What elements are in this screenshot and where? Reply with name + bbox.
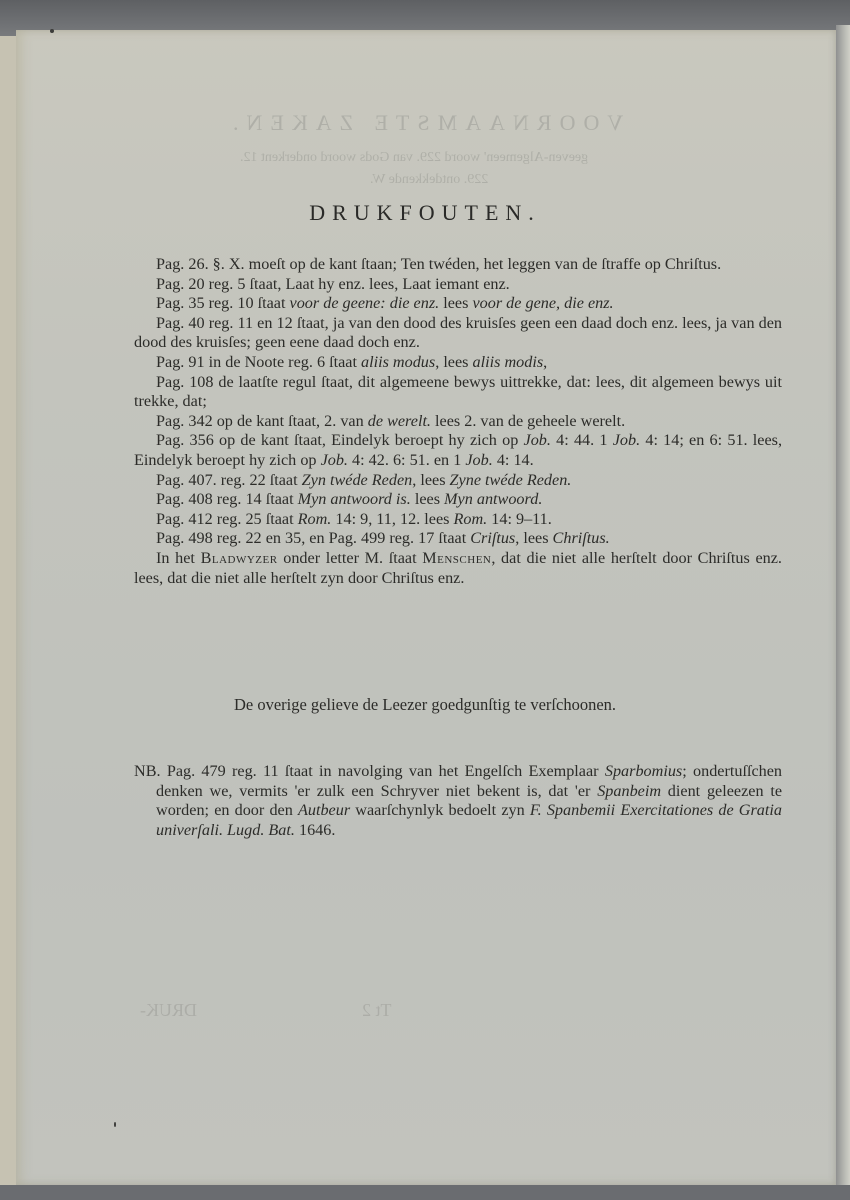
- text-run: , lees: [515, 529, 552, 547]
- scan-background-bottom: [0, 1185, 850, 1200]
- nota-bene-note: NB. Pag. 479 reg. 11 ſtaat in navolging …: [134, 762, 782, 840]
- text-run: lees 2. van de geheele werelt.: [431, 412, 625, 430]
- text-run: 14: 9–11.: [487, 510, 552, 528]
- text-run: Pag. 408 reg. 14 ſtaat: [156, 490, 298, 508]
- page-stack-edge: [836, 25, 850, 1185]
- text-run: Pag. 35 reg. 10 ſtaat: [156, 294, 290, 312]
- italic-text: Zyn twéde Reden: [302, 471, 413, 489]
- italic-text: aliis modis: [473, 353, 544, 371]
- italic-text: Criſtus: [470, 529, 515, 547]
- text-run: 4: 42. 6: 51. en 1: [348, 451, 465, 469]
- text-run: 14: 9, 11, 12. lees: [331, 510, 453, 528]
- italic-text: Rom.: [298, 510, 332, 528]
- erratum-entry: Pag. 40 reg. 11 en 12 ſtaat, ja van den …: [134, 314, 782, 353]
- italic-text: Rom.: [453, 510, 487, 528]
- bleed-through-line: geeven-Algemeen' woord 229. van Gods woo…: [240, 150, 588, 166]
- erratum-entry: In het Bladwyzer onder letter M. ſtaat M…: [134, 549, 782, 588]
- text-run: Pag. 412 reg. 25 ſtaat: [156, 510, 298, 528]
- text-run: waarſchynlyk bedoelt zyn: [350, 801, 530, 819]
- text-run: Pag. 342 op de kant ſtaat, 2. van: [156, 412, 368, 430]
- bleed-through-title: VOORNAAMSTE ZAKEN.: [225, 110, 623, 136]
- erratum-entry: Pag. 356 op de kant ſtaat, Eindelyk bero…: [134, 431, 782, 470]
- bleed-through-catchword: DRUK-: [140, 1000, 197, 1021]
- erratum-entry: Pag. 20 reg. 5 ſtaat, Laat hy enz. lees,…: [134, 275, 782, 295]
- closing-note: De overige gelieve de Leezer goedgunſtig…: [0, 695, 850, 715]
- erratum-entry: Pag. 408 reg. 14 ſtaat Myn antwoord is. …: [134, 490, 782, 510]
- erratum-entry: Pag. 91 in de Noote reg. 6 ſtaat aliis m…: [134, 353, 782, 373]
- text-run: Pag. 20 reg. 5 ſtaat, Laat hy enz. lees,…: [156, 275, 510, 293]
- text-run: Pag. 26. §. X. moeſt op de kant ſtaan; T…: [156, 255, 721, 273]
- page-title: DRUKFOUTEN.: [0, 200, 850, 226]
- text-run: Pag. 91 in de Noote reg. 6 ſtaat: [156, 353, 361, 371]
- italic-text: Chriſtus.: [553, 529, 610, 547]
- paper-speck: [50, 29, 54, 33]
- text-run: lees: [439, 294, 472, 312]
- italic-text: Myn antwoord is.: [298, 490, 411, 508]
- bleed-through-line: 229. ontdekkende W.: [370, 172, 488, 188]
- text-run: 1646.: [295, 821, 335, 839]
- text-run: In het: [156, 549, 201, 567]
- italic-text: voor de geene: die enz.: [290, 294, 440, 312]
- italic-text: Job.: [321, 451, 348, 469]
- italic-text: Spanbeim: [597, 782, 661, 800]
- text-run: Pag. 498 reg. 22 en 35, en Pag. 499 reg.…: [156, 529, 470, 547]
- text-run: , lees: [412, 471, 449, 489]
- erratum-entry: Pag. 26. §. X. moeſt op de kant ſtaan; T…: [134, 255, 782, 275]
- text-run: Pag. 108 de laatſte regul ſtaat, dit alg…: [134, 373, 782, 411]
- erratum-entry: Pag. 412 reg. 25 ſtaat Rom. 14: 9, 11, 1…: [134, 510, 782, 530]
- small-caps-text: Menschen: [422, 549, 491, 567]
- text-run: NB. Pag. 479 reg. 11 ſtaat in navolging …: [134, 762, 605, 780]
- italic-text: Sparbomius: [605, 762, 682, 780]
- italic-text: Job.: [524, 431, 551, 449]
- italic-text: de werelt.: [368, 412, 431, 430]
- italic-text: Job.: [465, 451, 492, 469]
- text-run: onder letter M. ſtaat: [278, 549, 423, 567]
- text-run: lees: [411, 490, 444, 508]
- erratum-entry: Pag. 108 de laatſte regul ſtaat, dit alg…: [134, 373, 782, 412]
- erratum-entry: Pag. 35 reg. 10 ſtaat voor de geene: die…: [134, 294, 782, 314]
- italic-text: Zyne twéde Reden.: [450, 471, 572, 489]
- text-run: Pag. 356 op de kant ſtaat, Eindelyk bero…: [156, 431, 524, 449]
- text-run: Pag. 407. reg. 22 ſtaat: [156, 471, 302, 489]
- italic-text: aliis modus: [361, 353, 435, 371]
- text-run: 4: 14.: [493, 451, 534, 469]
- erratum-entry: Pag. 498 reg. 22 en 35, en Pag. 499 reg.…: [134, 529, 782, 549]
- italic-text: Job.: [613, 431, 640, 449]
- paper-speck: [114, 1122, 116, 1127]
- text-run: ,: [543, 353, 547, 371]
- small-caps-text: Bladwyzer: [201, 549, 278, 567]
- italic-text: Myn antwoord.: [444, 490, 542, 508]
- text-run: , lees: [435, 353, 472, 371]
- text-run: 4: 44. 1: [551, 431, 613, 449]
- erratum-entry: Pag. 342 op de kant ſtaat, 2. van de wer…: [134, 412, 782, 432]
- text-run: Pag. 40 reg. 11 en 12 ſtaat, ja van den …: [134, 314, 782, 352]
- italic-text: voor de gene, die enz.: [472, 294, 613, 312]
- italic-text: Autbeur: [298, 801, 350, 819]
- bleed-through-signature: Tt 2: [362, 1000, 392, 1021]
- erratum-entry: Pag. 407. reg. 22 ſtaat Zyn twéde Reden,…: [134, 471, 782, 491]
- errata-list: Pag. 26. §. X. moeſt op de kant ſtaan; T…: [134, 255, 782, 588]
